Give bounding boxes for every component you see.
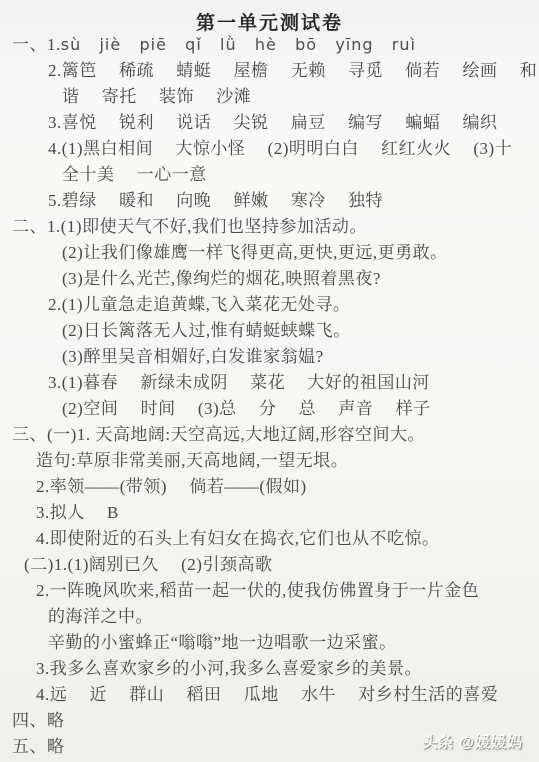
answer-line: 5.碧绿 暖和 向晚 鲜嫩 寒冷 独特 [0,188,539,214]
watermark: 头条 @媛媛妈 [422,731,523,752]
answer-line: 4.远 近 群山 稻田 瓜地 水牛 对乡村生活的喜爱 [0,682,539,708]
answer-line: 3.我多么喜欢家乡的小河,我多么喜爱家乡的美景。 [0,656,539,682]
answer-line: 2.(1)儿童急走追黄蝶,飞入菜花无处寻。 [0,292,539,318]
answer-line: 二、1.(1)即使天气不好,我们也坚持参加活动。 [0,214,539,240]
answer-line: 2.篱笆 稀疏 蜻蜓 屋檐 无赖 寻觅 倘若 绘画 和 [0,58,539,84]
scanned-answer-sheet: 第一单元测试卷 一、1.sù jiè piē qǐ lǜ hè bō yīng … [0,0,539,762]
answer-line: (2)空间 时间 (3)总 分 总 声音 样子 [0,396,539,422]
answer-line: 全十美 一心一意 [0,162,539,188]
pinyin-answers: sù jiè piē qǐ lǜ hè bō yīng ruì [61,35,416,54]
answer-line: 2.一阵晚风吹来,稻苗一起一伏的,使我仿佛置身于一片金色 [0,578,539,604]
answer-line: 4.(1)黑白相间 大惊小怪 (2)明明白白 红红火火 (3)十 [0,136,539,162]
answer-line: 2.率领——(带领) 倘若——(假如) [0,474,539,500]
answer-line-pinyin: 一、1.sù jiè piē qǐ lǜ hè bō yīng ruì [0,32,539,58]
answer-line: 造句:草原非常美丽,天高地阔,一望无垠。 [0,448,539,474]
answer-line: 4.即使附近的石头上有妇女在捣衣,它们也从不吃惊。 [0,526,539,552]
answer-line: 3.拟人 B [0,500,539,526]
answer-line: (2)让我们像雄鹰一样飞得更高,更快,更远,更勇敢。 [0,240,539,266]
page-title: 第一单元测试卷 [0,0,539,32]
answer-line: (二)1.(1)阔别已久 (2)引颈高歌 [0,552,539,578]
answer-line: 3.(1)暮春 新绿未成阴 菜花 大好的祖国山河 [0,370,539,396]
answer-line: 谐 寄托 装饰 沙滩 [0,84,539,110]
answer-line: 三、(一)1. 天高地阔:天空高远,大地辽阔,形容空间大。 [0,422,539,448]
answer-line: 3.喜悦 锐利 说话 尖锐 扁豆 编写 蝙蝠 编织 [0,110,539,136]
answer-line: (3)醉里吴音相媚好,白发谁家翁媪? [0,344,539,370]
section-marker: 一、1. [12,35,61,54]
answer-line: (2)日长篱落无人过,惟有蜻蜓蛱蝶飞。 [0,318,539,344]
answer-line: 辛勤的小蜜蜂正“嗡嗡”地一边唱歌一边采蜜。 [0,630,539,656]
answer-line: 的海洋之中。 [0,604,539,630]
answer-line: (3)是什么光芒,像绚烂的烟花,映照着黑夜? [0,266,539,292]
